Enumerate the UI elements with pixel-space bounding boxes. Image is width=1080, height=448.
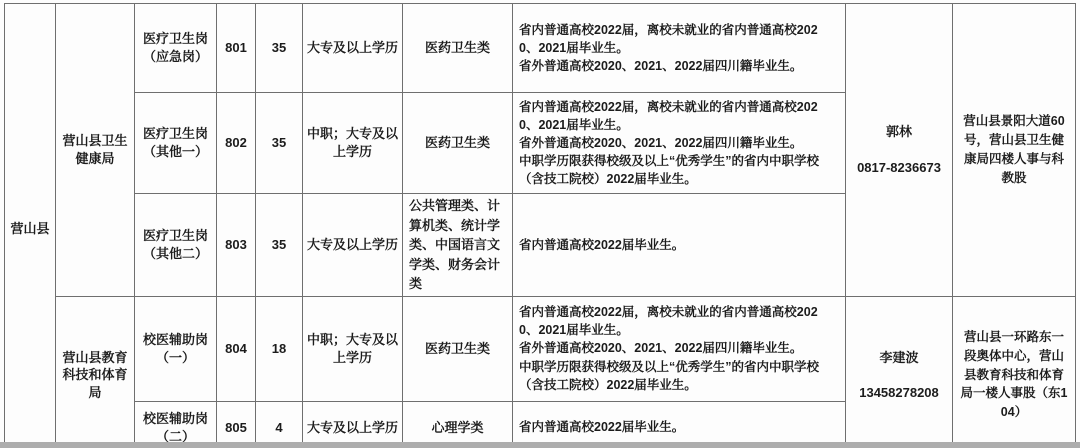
contact-cell: 郭林 0817-8236673 <box>846 4 953 297</box>
requirements-cell: 省内普通高校2022届毕业生。 <box>513 401 846 448</box>
screenshot-bottom-edge <box>0 442 1080 448</box>
major-cell: 心理学类 <box>403 401 513 448</box>
requirements-cell: 省内普通高校2022届，离校未就业的省内普通高校2020、2021届毕业生。 省… <box>513 296 846 401</box>
department-cell: 营山县教育 科技和体育 局 <box>56 296 135 448</box>
major-cell: 公共管理类、计算机类、统计学类、中国语言文学类、财务会计类 <box>403 194 513 297</box>
county-cell: 营山县 <box>5 4 56 448</box>
vacancies-cell: 35 <box>256 4 303 93</box>
position-code-cell: 802 <box>217 93 256 194</box>
position-code-cell: 805 <box>217 401 256 448</box>
position-cell: 医疗卫生岗 （其他二） <box>135 194 217 297</box>
education-cell: 大专及以上学历 <box>303 194 403 297</box>
major-cell: 医药卫生类 <box>403 4 513 93</box>
position-cell: 医疗卫生岗 （应急岗） <box>135 4 217 93</box>
address-cell: 营山县景阳大道60号，营山县卫生健康局四楼人事与科教股 <box>953 4 1076 297</box>
education-cell: 大专及以上学历 <box>303 401 403 448</box>
position-cell: 校医辅助岗 （一） <box>135 296 217 401</box>
table-row: 营山县教育 科技和体育 局 校医辅助岗 （一） 804 18 中职；大专及以上学… <box>5 296 1076 401</box>
department-cell: 营山县卫生 健康局 <box>56 4 135 297</box>
education-cell: 中职；大专及以上学历 <box>303 296 403 401</box>
position-code-cell: 801 <box>217 4 256 93</box>
requirements-cell: 省内普通高校2022届，离校未就业的省内普通高校2020、2021届毕业生。 省… <box>513 93 846 194</box>
education-cell: 大专及以上学历 <box>303 4 403 93</box>
education-cell: 中职；大专及以上学历 <box>303 93 403 194</box>
contact-phone: 13458278208 <box>849 384 949 402</box>
vacancies-cell: 35 <box>256 194 303 297</box>
vacancies-cell: 18 <box>256 296 303 401</box>
contact-phone: 0817-8236673 <box>849 159 949 177</box>
requirements-cell: 省内普通高校2022届毕业生。 <box>513 194 846 297</box>
vacancies-cell: 4 <box>256 401 303 448</box>
table-row: 营山县 营山县卫生 健康局 医疗卫生岗 （应急岗） 801 35 大专及以上学历… <box>5 4 1076 93</box>
vacancies-cell: 35 <box>256 93 303 194</box>
major-cell: 医药卫生类 <box>403 296 513 401</box>
major-cell: 医药卫生类 <box>403 93 513 194</box>
recruitment-table: 营山县 营山县卫生 健康局 医疗卫生岗 （应急岗） 801 35 大专及以上学历… <box>4 3 1076 448</box>
recruitment-table-page: 营山县 营山县卫生 健康局 医疗卫生岗 （应急岗） 801 35 大专及以上学历… <box>0 0 1080 448</box>
position-cell: 校医辅助岗 （二） <box>135 401 217 448</box>
position-code-cell: 804 <box>217 296 256 401</box>
contact-cell: 李建波 13458278208 <box>846 296 953 448</box>
contact-name: 郭林 <box>849 123 949 141</box>
position-code-cell: 803 <box>217 194 256 297</box>
contact-name: 李建波 <box>849 349 949 367</box>
address-cell: 营山县一环路东一段奥体中心，营山县教育科技和体育局一楼人事股（东104） <box>953 296 1076 448</box>
position-cell: 医疗卫生岗 （其他一） <box>135 93 217 194</box>
requirements-cell: 省内普通高校2022届，离校未就业的省内普通高校2020、2021届毕业生。 省… <box>513 4 846 93</box>
